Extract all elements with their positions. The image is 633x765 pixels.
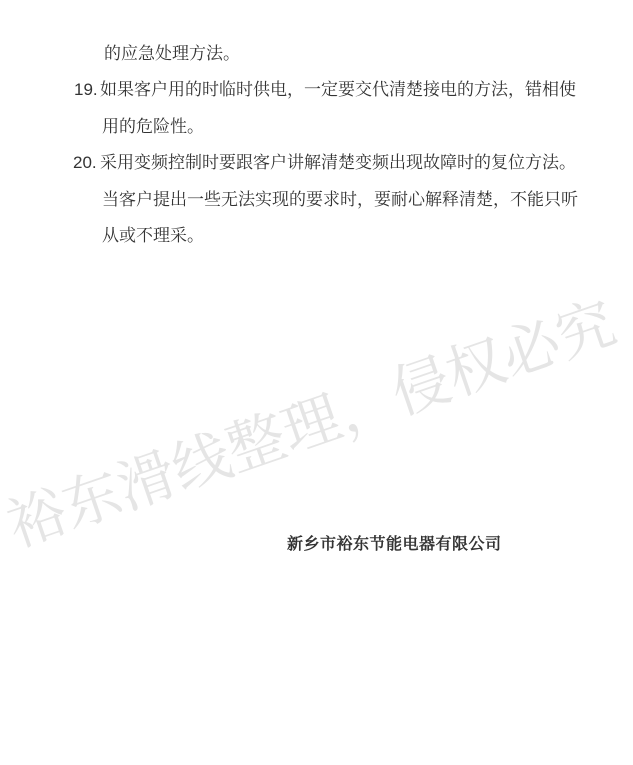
company-signature: 新乡市裕东节能电器有限公司 bbox=[287, 535, 502, 554]
document-page: 裕东滑线整理，侵权必究 的应急处理方法。 19.如果客户用的时临时供电，一定要交… bbox=[0, 0, 633, 765]
list-item-20-text-1: 采用变频控制时要跟客户讲解清楚变频出现故障时的复位方法。 bbox=[100, 153, 576, 172]
list-item-20-line-2: 当客户提出一些无法实现的要求时，要耐心解释清楚，不能只听 bbox=[102, 190, 578, 209]
list-item-20-line-3: 从或不理采。 bbox=[102, 226, 204, 245]
list-number-20: 20. bbox=[73, 153, 100, 172]
list-item-20-line-1: 20.采用变频控制时要跟客户讲解清楚变频出现故障时的复位方法。 bbox=[73, 153, 576, 172]
list-number-19: 19. bbox=[74, 80, 100, 99]
list-item-19-line-2: 用的危险性。 bbox=[102, 117, 204, 136]
list-item-19-line-1: 19.如果客户用的时临时供电，一定要交代清楚接电的方法，错相使 bbox=[74, 80, 576, 99]
paragraph-continuation-line: 的应急处理方法。 bbox=[104, 44, 240, 63]
list-item-19-text-1: 如果客户用的时临时供电，一定要交代清楚接电的方法，错相使 bbox=[100, 80, 576, 99]
diagonal-watermark: 裕东滑线整理，侵权必究 bbox=[1, 294, 623, 557]
